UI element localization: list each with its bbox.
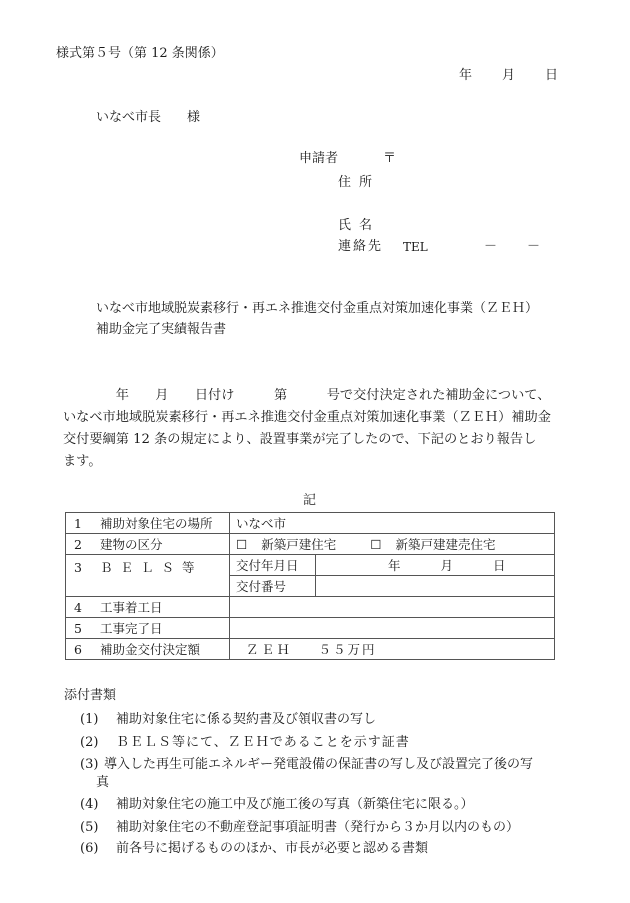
- issue-number-value: [316, 576, 555, 597]
- option-new-built-for-sale-label: 新築戸建建売住宅: [395, 537, 495, 552]
- table-row: 6補助金交付決定額 ＺＥＨ５５万円: [66, 639, 555, 660]
- checkbox-new-built-for-sale[interactable]: ☐: [370, 537, 381, 552]
- table-row: 5工事完了日: [66, 618, 555, 639]
- contact-label: 連絡先: [338, 239, 383, 255]
- attachment-item: (2)ＢＥＬＳ等にて、ＺＥＨであることを示す証書: [80, 735, 410, 751]
- postal-mark: 〒: [383, 151, 396, 167]
- body-line: 交付要綱第 12 条の規定により、設置事業が完了したので、下記のとおり報告し: [63, 429, 563, 451]
- tel-separator: －: [484, 239, 497, 255]
- date-day: 日: [545, 68, 558, 84]
- attachment-item: (6)前各号に掲げるもののほか、市長が必要と認める書類: [80, 841, 428, 857]
- body-line: いなべ市地域脱炭素移行・再エネ推進交付金重点対策加速化事業（ＺＥＨ）補助金: [63, 407, 563, 429]
- building-type-options: ☐新築戸建住宅☐新築戸建建売住宅: [230, 534, 555, 555]
- attachment-item: (1)補助対象住宅に係る契約書及び領収書の写し: [80, 712, 376, 728]
- row-label: 2建物の区分: [66, 534, 230, 555]
- table-row: 3ＢＥＬＳ等 交付年月日 年月日: [66, 555, 555, 576]
- document-title-line1: いなべ市地域脱炭素移行・再エネ推進交付金重点対策加速化事業（ＺＥＨ）: [96, 301, 538, 317]
- body-line: 年 月 日付け 第 号で交付決定された補助金について、: [63, 385, 563, 407]
- attachment-item: (4)補助対象住宅の施工中及び施工後の写真（新築住宅に限る。）: [80, 797, 474, 813]
- attachment-item: (3)導入した再生可能エネルギー発電設備の保証書の写し及び設置完了後の写: [80, 757, 533, 773]
- table-row: 2建物の区分 ☐新築戸建住宅☐新築戸建建売住宅: [66, 534, 555, 555]
- subsidy-amount-value: ＺＥＨ５５万円: [230, 639, 555, 660]
- row-label: 6補助金交付決定額: [66, 639, 230, 660]
- row-label: 5工事完了日: [66, 618, 230, 639]
- tel-separator: －: [527, 239, 540, 255]
- attachment-item: (5)補助対象住宅の不動産登記事項証明書（発行から３か月以内のもの）: [80, 820, 519, 836]
- construction-start-value: [230, 597, 555, 618]
- issue-number-label: 交付番号: [230, 576, 316, 597]
- location-value: いなべ市: [230, 513, 555, 534]
- row-label: 1補助対象住宅の場所: [66, 513, 230, 534]
- date-year: 年: [459, 68, 472, 84]
- option-new-detached-label: 新築戸建住宅: [261, 537, 336, 552]
- construction-end-value: [230, 618, 555, 639]
- row-label: 3ＢＥＬＳ等: [66, 555, 230, 597]
- row-label: 4工事着工日: [66, 597, 230, 618]
- issue-date-value: 年月日: [316, 555, 555, 576]
- form-number: 様式第５号（第 12 条関係）: [56, 46, 224, 62]
- address-label: 住所: [338, 175, 380, 191]
- table-row: 4工事着工日: [66, 597, 555, 618]
- report-body: 年 月 日付け 第 号で交付決定された補助金について、 いなべ市地域脱炭素移行・…: [63, 385, 563, 473]
- document-title-line2: 補助金完了実績報告書: [96, 322, 226, 338]
- addressee: いなべ市長 様: [96, 110, 200, 126]
- name-label: 氏名: [338, 218, 380, 234]
- issue-date-label: 交付年月日: [230, 555, 316, 576]
- ki-heading: 記: [303, 493, 316, 509]
- body-line: ます。: [63, 451, 563, 473]
- attachment-item-continuation: 真: [96, 775, 109, 791]
- attachments-title: 添付書類: [64, 688, 116, 704]
- report-table: 1補助対象住宅の場所 いなべ市 2建物の区分 ☐新築戸建住宅☐新築戸建建売住宅 …: [65, 512, 555, 660]
- date-month: 月: [502, 68, 515, 84]
- applicant-label: 申請者: [299, 151, 338, 167]
- tel-label: TEL: [403, 239, 428, 255]
- checkbox-new-detached[interactable]: ☐: [236, 537, 247, 552]
- table-row: 1補助対象住宅の場所 いなべ市: [66, 513, 555, 534]
- report-date: 年月日: [459, 68, 558, 84]
